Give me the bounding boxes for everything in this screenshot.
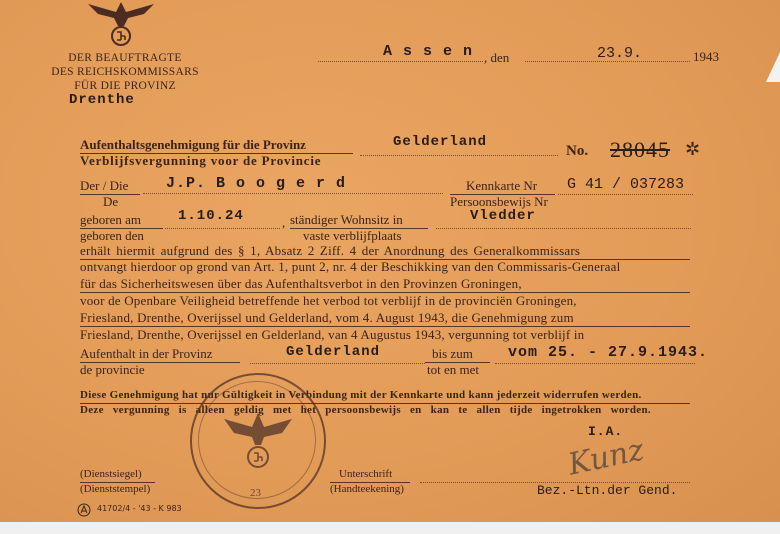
eagle-swastika-stamp-icon — [222, 405, 294, 475]
authority-line: DER BEAUFTRAGTE — [40, 51, 210, 65]
authority-line: FÜR DIE PROVINZ — [40, 79, 210, 93]
den-label: , den — [484, 50, 509, 66]
permit-number: 28045 — [610, 137, 670, 163]
printer-mark-icon — [77, 503, 91, 517]
body-line-5: Friesland, Drenthe, Overijssel und Gelde… — [80, 310, 574, 326]
residence-label-dutch: vaste verblijfplaats — [303, 228, 402, 244]
asterisk-ornament-icon: ✲ — [685, 139, 700, 160]
body-line-1: erhält hiermit aufgrund des § 1, Absatz … — [80, 243, 580, 259]
validity-notice-dutch: Deze vergunning is alleen geldig met het… — [80, 404, 651, 416]
stay-province-value: Gelderland — [286, 344, 380, 360]
stay-period-value: vom 25. - 27.9.1943. — [508, 344, 708, 361]
kennkarte-value: G 41 / 037283 — [567, 176, 684, 193]
seal-label-german: (Dienstsiegel) — [80, 468, 142, 480]
body-line-2: ontvangt hierdoor op grond van Art. 1, p… — [80, 259, 620, 275]
validity-notice-german: Diese Genehmigung hat nur Gültigkeit in … — [80, 389, 642, 401]
born-label-dutch: geboren den — [80, 228, 144, 244]
permit-province-value: Gelderland — [393, 134, 487, 150]
name-label-german: Der / Die — [80, 178, 128, 194]
handwritten-signature: Kunz — [565, 432, 647, 482]
comma-separator: , — [282, 215, 285, 231]
holder-name-value: J.P. B o o g e r d — [166, 175, 346, 192]
eagle-swastika-emblem-icon — [86, 0, 156, 48]
seal-label-dutch: (Dienststempel) — [80, 483, 150, 495]
residence-permit-document: DER BEAUFTRAGTE DES REICHSKOMMISSARS FÜR… — [0, 0, 780, 522]
issuing-authority: DER BEAUFTRAGTE DES REICHSKOMMISSARS FÜR… — [40, 51, 210, 93]
birth-date-value: 1.10.24 — [178, 208, 244, 224]
stamp-number: 23 — [250, 487, 261, 499]
number-label: No. — [566, 143, 588, 160]
until-label-german: bis zum — [432, 346, 473, 362]
authority-line: DES REICHSKOMMISSARS — [40, 65, 210, 79]
torn-edge — [766, 52, 780, 82]
residence-value: Vledder — [470, 208, 536, 224]
date-value: 23.9. — [597, 45, 642, 62]
until-label-dutch: tot en met — [427, 362, 479, 378]
title-dutch: Verblijfsvergunning voor de Provincie — [80, 153, 321, 169]
title-german: Aufenthaltsgenehmigung für die Provinz — [80, 137, 306, 153]
stay-label-german: Aufenthalt in der Provinz — [80, 346, 213, 362]
stay-label-dutch: de provincie — [80, 362, 145, 378]
signature-label-german: Unterschrift — [339, 468, 392, 480]
place-value: A s s e n — [383, 43, 473, 60]
born-label-german: geboren am — [80, 212, 141, 228]
print-code: 41702/4 - '43 - K 983 — [97, 504, 182, 513]
body-line-6: Friesland, Drenthe, Overijssel en Gelder… — [80, 327, 584, 343]
name-label-dutch: De — [103, 194, 118, 210]
officer-rank: Bez.-Ltn.der Gend. — [537, 483, 677, 498]
authority-province: Drenthe — [69, 92, 135, 108]
signature-label-dutch: (Handteekening) — [330, 483, 404, 495]
official-seal-stamp: 23 — [190, 373, 326, 509]
body-line-4: voor de Openbare Veiligheid betreffende … — [80, 293, 577, 309]
kennkarte-label: Kennkarte Nr — [466, 178, 537, 194]
year-value: 1943 — [693, 49, 719, 65]
residence-label-german: ständiger Wohnsitz in — [290, 212, 403, 228]
body-line-3: für das Sicherheitswesen über das Aufent… — [80, 276, 522, 292]
